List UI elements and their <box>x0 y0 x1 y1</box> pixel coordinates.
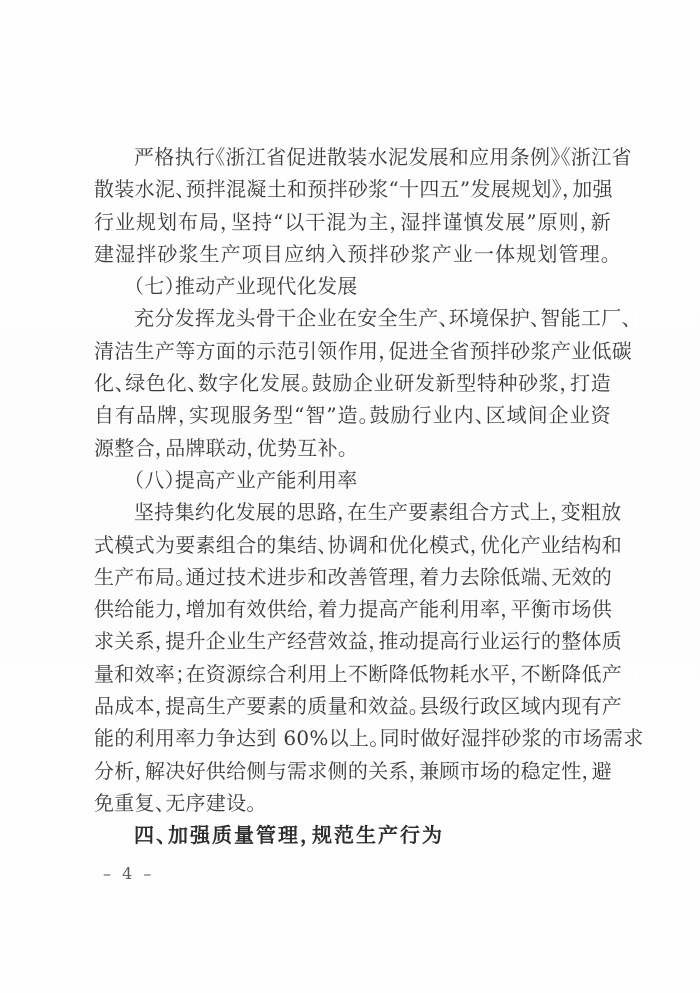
text-line: 品成本，提高生产要素的质量和效益。县级行政区域内现有产 <box>94 690 611 722</box>
text-line: 散装水泥、预拌混凝土和预拌砂浆“十四五”发展规划》，加强 <box>94 173 611 205</box>
text-line: 严格执行《浙江省促进散装水泥发展和应用条例》《浙江省 <box>94 141 611 173</box>
text-line: 化、绿色化、数字化发展。鼓励企业研发新型特种砂浆，打造 <box>94 367 611 399</box>
text-line: 清洁生产等方面的示范引领作用，促进全省预拌砂浆产业低碳 <box>94 335 611 367</box>
document-body: 严格执行《浙江省促进散装水泥发展和应用条例》《浙江省 散装水泥、预拌混凝土和预拌… <box>94 141 611 852</box>
scanned-document-screenshot: { "document": { "lines": [ "严格执行《浙江省促进散装… <box>0 0 700 994</box>
text-line: 生产布局。通过技术进步和改善管理，着力去除低端、无效的 <box>94 561 611 593</box>
text-line: 分析，解决好供给侧与需求侧的关系，兼顾市场的稳定性，避 <box>94 755 611 787</box>
text-line: 自有品牌，实现服务型“智”造。鼓励行业内、区域间企业资 <box>94 399 611 431</box>
page-number: – 4 – <box>103 864 154 884</box>
text-line: 行业规划布局，坚持“以干混为主，湿拌谨慎发展”原则，新 <box>94 206 611 238</box>
document-page: 严格执行《浙江省促进散装水泥发展和应用条例》《浙江省 散装水泥、预拌混凝土和预拌… <box>0 0 700 994</box>
subheading-line-seven: （七）推动产业现代化发展 <box>94 270 611 302</box>
text-line: 供给能力，增加有效供给，着力提高产能利用率，平衡市场供 <box>94 593 611 625</box>
text-line: 充分发挥龙头骨干企业在安全生产、环境保护、智能工厂、 <box>94 302 611 334</box>
text-line: 免重复、无序建设。 <box>94 787 611 819</box>
text-line: 式模式为要素组合的集结、协调和优化模式，优化产业结构和 <box>94 529 611 561</box>
text-line: 求关系，提升企业生产经营效益，推动提高行业运行的整体质 <box>94 625 611 657</box>
subheading-line-eight: （八）提高产业产能利用率 <box>94 464 611 496</box>
text-line: 能的利用率力争达到 60%以上。同时做好湿拌砂浆的市场需求 <box>94 722 611 754</box>
text-line: 坚持集约化发展的思路，在生产要素组合方式上，变粗放 <box>94 496 611 528</box>
text-line: 量和效率；在资源综合利用上不断降低物耗水平，不断降低产 <box>94 658 611 690</box>
section-heading: 四、加强质量管理，规范生产行为 <box>94 819 611 851</box>
text-line: 建湿拌砂浆生产项目应纳入预拌砂浆产业一体规划管理。 <box>94 238 611 270</box>
text-line: 源整合，品牌联动，优势互补。 <box>94 432 611 464</box>
